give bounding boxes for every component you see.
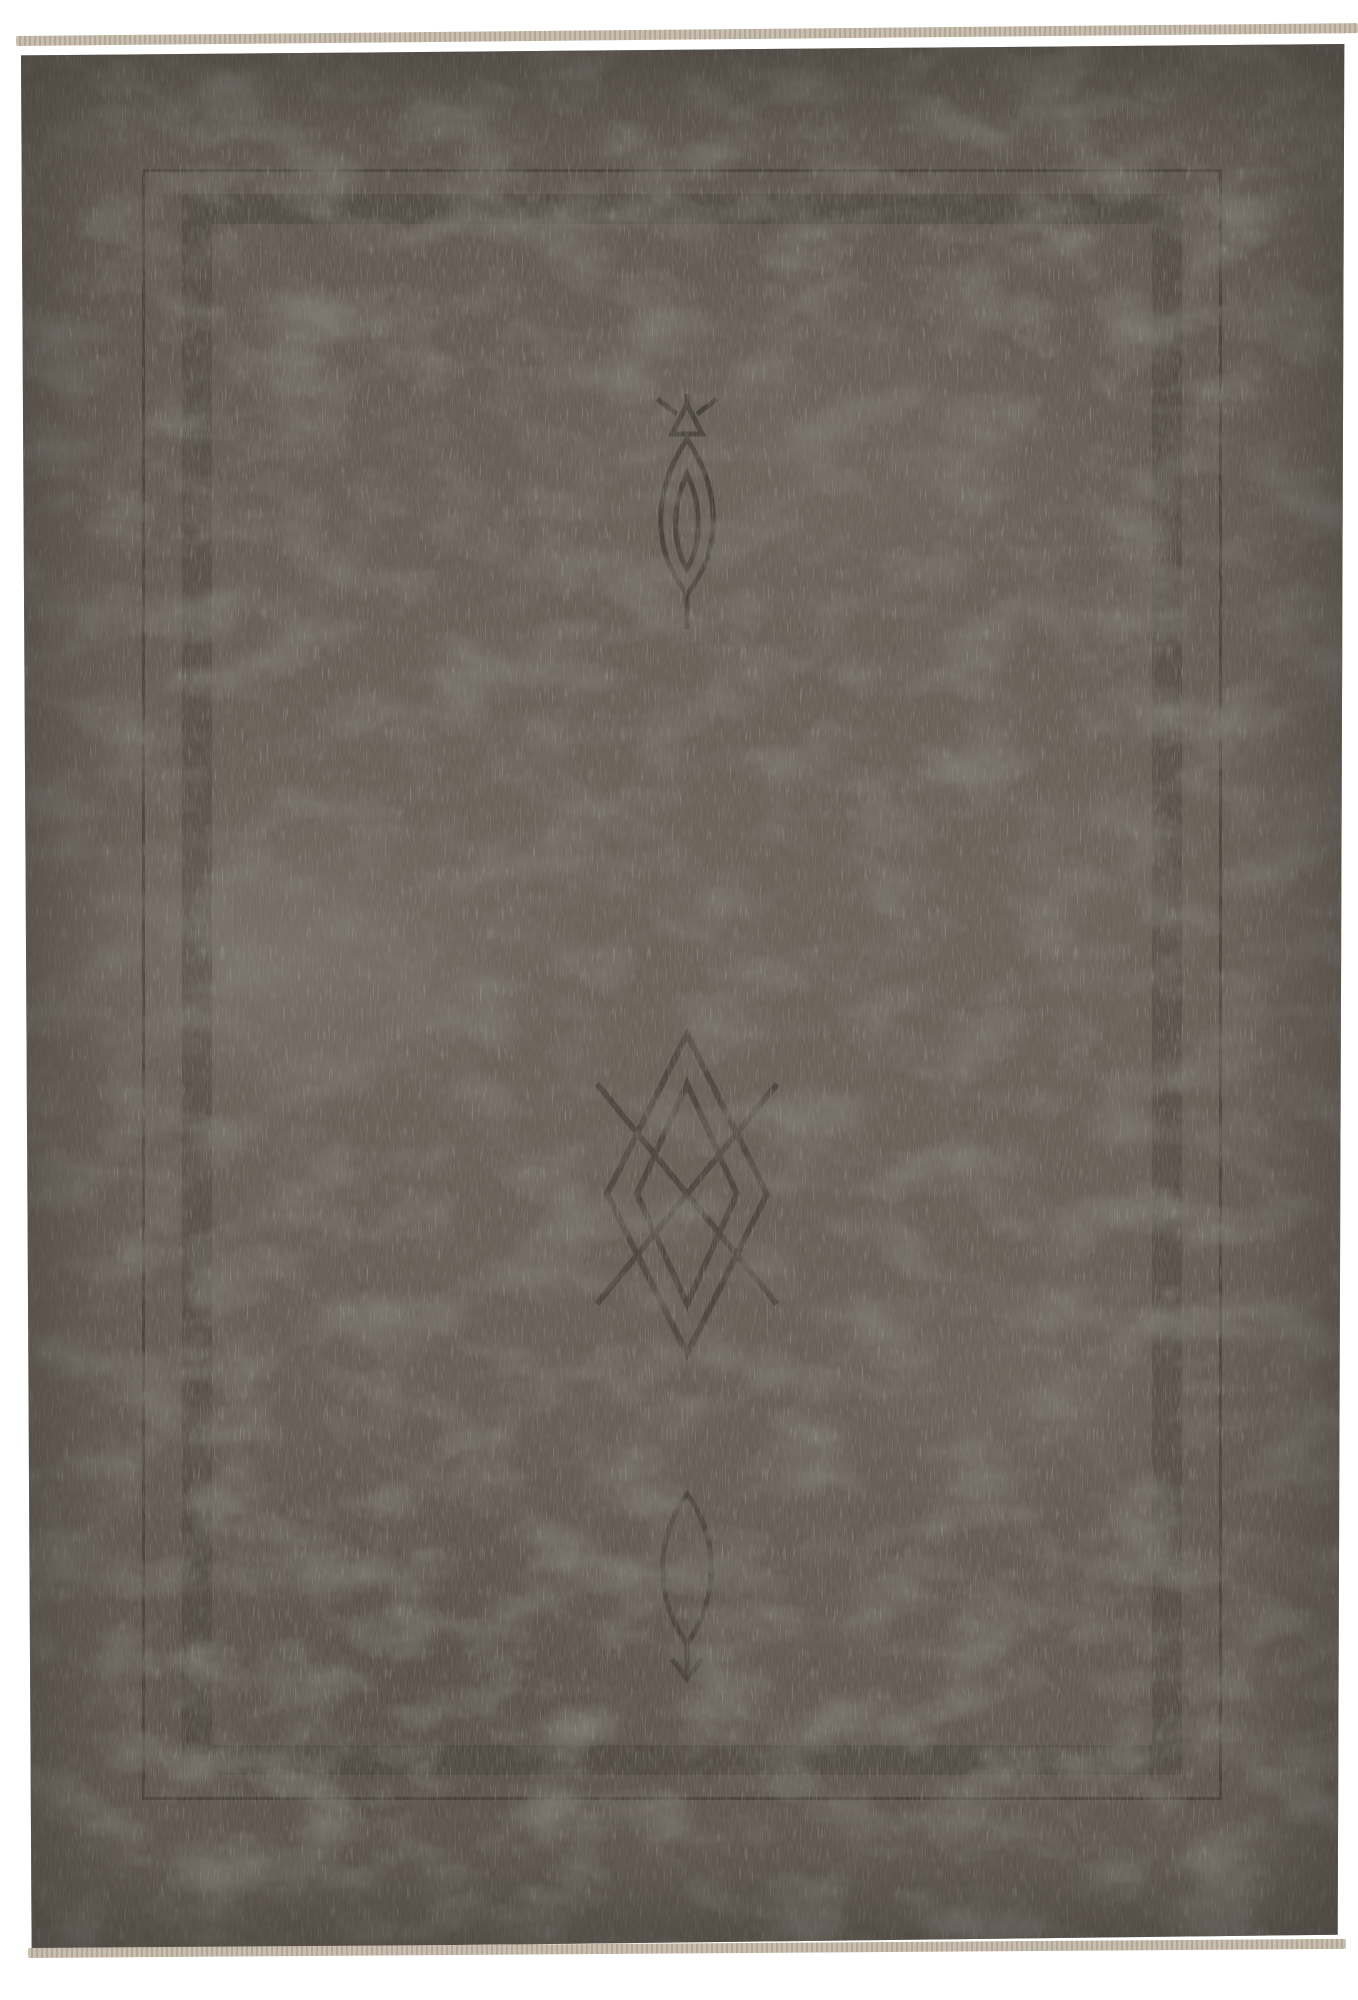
product-photo [0, 0, 1358, 2000]
rug-fringe-top [16, 23, 1358, 46]
rug-vignette [17, 44, 1347, 1950]
rug [17, 44, 1347, 1950]
